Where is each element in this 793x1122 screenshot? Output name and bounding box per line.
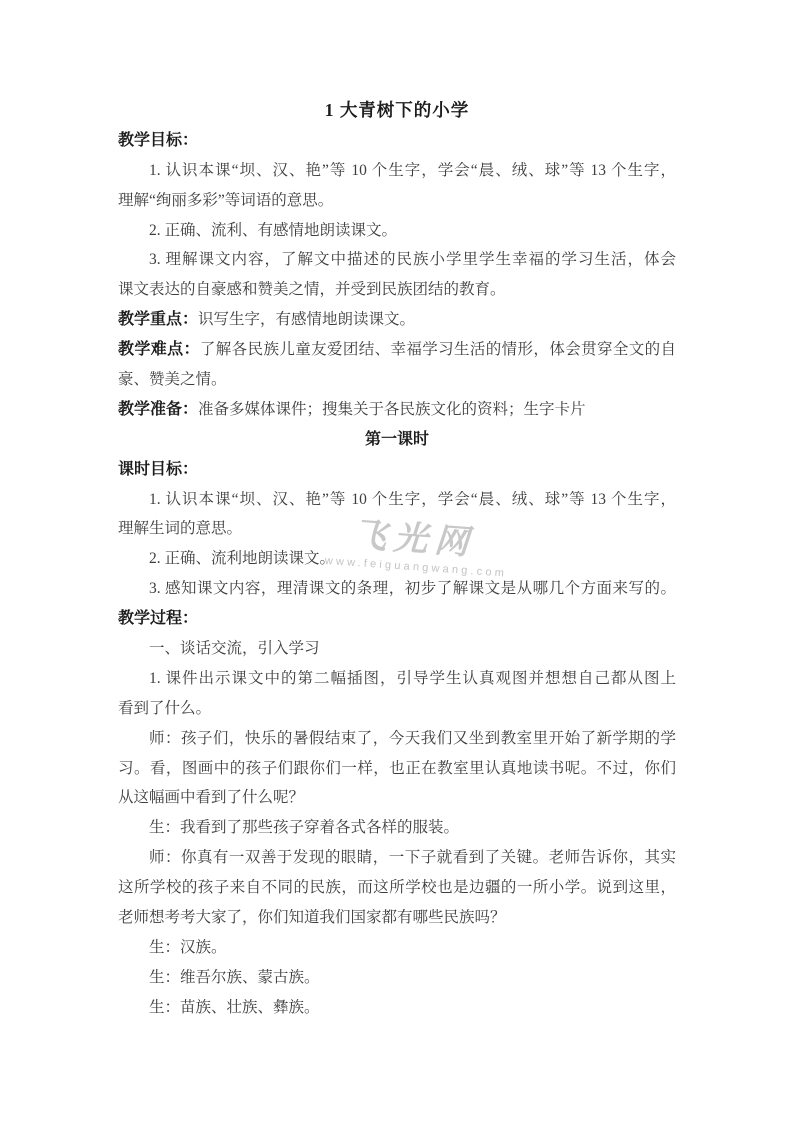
doc-line: 理解生词的意思。 (118, 514, 676, 544)
doc-line: 2. 正确、流利、有感情地朗读课文。 (118, 216, 676, 246)
line-text: 1. 认识本课“坝、汉、艳”等 10 个生字，学会“晨、绒、球”等 13 个生字… (149, 162, 676, 179)
document-canvas: { "page": { "background": "#ffffff", "bo… (0, 0, 793, 1122)
line-text: 从这幅画中看到了什么呢？ (118, 789, 304, 806)
doc-line: 老师想考考大家了，你们知道我们国家都有哪些民族吗？ (118, 903, 676, 933)
doc-line: 一、谈话交流，引入学习 (118, 634, 676, 664)
doc-line: 3. 理解课文内容，了解文中描述的民族小学里学生幸福的学习生活，体会 (118, 245, 676, 275)
doc-line: 教学难点：了解各民族儿童友爱团结、幸福学习生活的情形，体会贯穿全文的自 (118, 335, 676, 365)
line-text: 2. 正确、流利地朗读课文。 (149, 550, 335, 567)
line-text: 理解生词的意思。 (118, 520, 242, 537)
line-label: 教学准备： (118, 401, 198, 418)
doc-line: 第一课时 (118, 425, 676, 455)
doc-line: 生：维吾尔族、蒙古族。 (118, 963, 676, 993)
doc-line: 1. 课件出示课文中的第二幅插图，引导学生认真观图并想想自己都从图上 (118, 664, 676, 694)
line-text: 师：你真有一双善于发现的眼睛，一下子就看到了关键。老师告诉你，其实 (149, 849, 676, 866)
line-text: 习。看，图画中的孩子们跟你们一样，也正在教室里认真地读书呢。不过，你们 (118, 760, 676, 777)
line-label: 教学难点： (118, 341, 200, 358)
doc-line: 2. 正确、流利地朗读课文。 (118, 544, 676, 574)
doc-line: 1. 认识本课“坝、汉、艳”等 10 个生字，学会“晨、绒、球”等 13 个生字… (118, 156, 676, 186)
line-text: 老师想考考大家了，你们知道我们国家都有哪些民族吗？ (118, 909, 506, 926)
line-text: 生：我看到了那些孩子穿着各式各样的服装。 (149, 819, 459, 836)
doc-line: 从这幅画中看到了什么呢？ (118, 783, 676, 813)
line-text: 这所学校的孩子来自不同的民族，而这所学校也是边疆的一所小学。说到这里， (118, 879, 676, 896)
doc-line: 教学准备：准备多媒体课件；搜集关于各民族文化的资料；生字卡片 (118, 395, 676, 425)
line-text: 2. 正确、流利、有感情地朗读课文。 (149, 222, 397, 239)
line-text: 豪、赞美之情。 (118, 371, 227, 388)
line-text: 3. 感知课文内容，理清课文的条理，初步了解课文是从哪几个方面来写的。 (149, 580, 676, 597)
line-text: 生：汉族。 (149, 939, 227, 956)
line-text: 师：孩子们，快乐的暑假结束了，今天我们又坐到教室里开始了新学期的学 (149, 730, 676, 747)
doc-line: 3. 感知课文内容，理清课文的条理，初步了解课文是从哪几个方面来写的。 (118, 574, 676, 604)
line-label: 教学重点： (118, 311, 198, 328)
line-text: 识写生字，有感情地朗读课文。 (198, 311, 415, 328)
line-text: 准备多媒体课件；搜集关于各民族文化的资料；生字卡片 (198, 401, 586, 418)
doc-line: 豪、赞美之情。 (118, 365, 676, 395)
line-text: 课文表达的自豪感和赞美之情，并受到民族团结的教育。 (118, 281, 506, 298)
line-text: 了解各民族儿童友爱团结、幸福学习生活的情形，体会贯穿全文的自 (200, 341, 676, 358)
doc-line: 教学过程： (118, 604, 676, 634)
doc-line: 看到了什么。 (118, 694, 676, 724)
doc-line: 教学重点：识写生字，有感情地朗读课文。 (118, 305, 676, 335)
line-text: 课时目标： (118, 461, 198, 478)
line-text: 理解“绚丽多彩”等词语的意思。 (118, 192, 333, 209)
doc-line: 理解“绚丽多彩”等词语的意思。 (118, 186, 676, 216)
line-text: 教学过程： (118, 610, 198, 627)
doc-line: 生：我看到了那些孩子穿着各式各样的服装。 (118, 813, 676, 843)
line-text: 生：维吾尔族、蒙古族。 (149, 969, 320, 986)
doc-line: 教学目标： (118, 126, 676, 156)
line-text: 3. 理解课文内容，了解文中描述的民族小学里学生幸福的学习生活，体会 (149, 251, 676, 268)
line-text: 看到了什么。 (118, 700, 211, 717)
doc-line: 课文表达的自豪感和赞美之情，并受到民族团结的教育。 (118, 275, 676, 305)
doc-line: 生：苗族、壮族、彝族。 (118, 993, 676, 1023)
doc-line: 习。看，图画中的孩子们跟你们一样，也正在教室里认真地读书呢。不过，你们 (118, 754, 676, 784)
line-text: 一、谈话交流，引入学习 (149, 640, 320, 657)
doc-line: 1 大青树下的小学 (118, 96, 676, 126)
line-text: 1 大青树下的小学 (325, 100, 470, 120)
line-text: 教学目标： (118, 132, 198, 149)
line-text: 1. 课件出示课文中的第二幅插图，引导学生认真观图并想想自己都从图上 (149, 670, 676, 687)
document-page: 1 大青树下的小学教学目标：1. 认识本课“坝、汉、艳”等 10 个生字，学会“… (118, 96, 676, 1023)
doc-line: 生：汉族。 (118, 933, 676, 963)
doc-line: 师：孩子们，快乐的暑假结束了，今天我们又坐到教室里开始了新学期的学 (118, 724, 676, 754)
doc-line: 师：你真有一双善于发现的眼睛，一下子就看到了关键。老师告诉你，其实 (118, 843, 676, 873)
line-text: 第一课时 (365, 431, 429, 448)
doc-line: 这所学校的孩子来自不同的民族，而这所学校也是边疆的一所小学。说到这里， (118, 873, 676, 903)
line-text: 生：苗族、壮族、彝族。 (149, 999, 320, 1016)
line-text: 1. 认识本课“坝、汉、艳”等 10 个生字，学会“晨、绒、球”等 13 个生字… (149, 491, 676, 508)
doc-line: 1. 认识本课“坝、汉、艳”等 10 个生字，学会“晨、绒、球”等 13 个生字… (118, 485, 676, 515)
doc-line: 课时目标： (118, 455, 676, 485)
